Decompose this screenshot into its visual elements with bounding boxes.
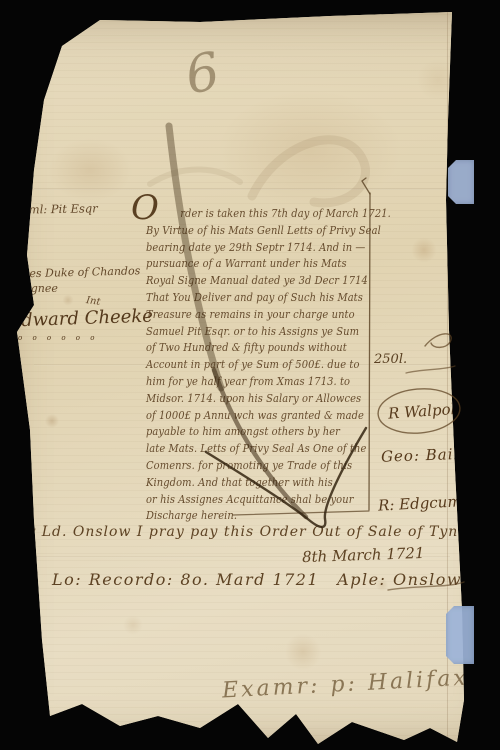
body-line: of Two Hundred & fifty pounds without bbox=[146, 340, 355, 357]
body-line: payable to him amongst others by her bbox=[146, 424, 355, 441]
signature-baillie: Geo: Baillie bbox=[381, 444, 481, 465]
body-line: Samuel Pit Esqr. or to his Assigns ye Su… bbox=[146, 324, 355, 341]
signature-flourish-dots: o o o o o o bbox=[18, 334, 98, 342]
order-date: 8th March 1721 bbox=[302, 544, 425, 566]
pay-instruction-line: My Ld. Onslow I pray pay this Order Out … bbox=[12, 524, 468, 540]
record-docket-line: Lo: Recordo: 8o. Mard 1721 Aple: Onslow bbox=[52, 570, 462, 589]
body-line: pursuance of a Warrant under his Mats bbox=[146, 256, 355, 273]
margin-note: Int bbox=[85, 295, 101, 308]
margin-assignee-line1: James Duke of Chandos bbox=[8, 264, 141, 280]
margin-amount-note: 250l. bbox=[374, 352, 407, 367]
body-line: Comenrs. for promoting ye Trade of this bbox=[146, 458, 355, 475]
body-line: bearing date ye 29th Septr 1714. And in … bbox=[146, 240, 355, 257]
body-line: Kingdom. And that together with his bbox=[146, 475, 355, 492]
manuscript-paper: 6 Saml: Pit Esqr James Duke of Chandos A… bbox=[0, 0, 500, 750]
examined-halifax-line: Examr: p: Halifax bbox=[222, 666, 470, 704]
signature-edgcumbe: R: Edgcumbe bbox=[378, 491, 481, 514]
witness-signature: Edward Cheeke bbox=[8, 305, 154, 331]
body-line: late Mats. Letts of Privy Seal As One of… bbox=[146, 441, 355, 458]
body-line: Account in part of ye Sum of 500£. due t… bbox=[146, 357, 355, 374]
margin-payee-name: Saml: Pit Esqr bbox=[14, 201, 98, 216]
tape-tab-upper bbox=[448, 160, 474, 204]
photo-stage: 6 Saml: Pit Esqr James Duke of Chandos A… bbox=[0, 0, 500, 750]
tape-tab-lower bbox=[446, 606, 474, 664]
body-line: or his Assignes Acquittance shal be your bbox=[146, 492, 355, 509]
fold-crease-top bbox=[34, 188, 450, 190]
body-line: of 1000£ p Annu wch was granted & made bbox=[146, 408, 355, 425]
body-line: Midsor. 1714. upon his Salary or Allowce… bbox=[146, 391, 355, 408]
body-line: him for ye half year from Xmas 1713. to bbox=[146, 374, 355, 391]
order-body-text: rder is taken this 7th day of March 1721… bbox=[146, 206, 355, 525]
top-ink-mark: 6 bbox=[181, 42, 224, 107]
body-line: rder is taken this 7th day of March 1721… bbox=[146, 206, 355, 223]
body-line: Discharge herein. bbox=[146, 508, 355, 525]
body-line: That You Deliver and pay of Such his Mat… bbox=[146, 290, 355, 307]
record-note: Lo: Recordo: 8o. Mard 1721 bbox=[52, 570, 319, 589]
body-line: Treasure as remains in your charge unto bbox=[146, 307, 355, 324]
body-line: By Virtue of his Mats Genll Letts of Pri… bbox=[146, 223, 355, 240]
margin-assignee-line2: Assignee bbox=[8, 282, 58, 295]
body-line: Royal Signe Manual dated ye 3d Decr 1714 bbox=[146, 273, 355, 290]
signature-walpole: R Walpole bbox=[387, 399, 464, 422]
countersignature-onslow: Aple: Onslow bbox=[337, 570, 462, 589]
